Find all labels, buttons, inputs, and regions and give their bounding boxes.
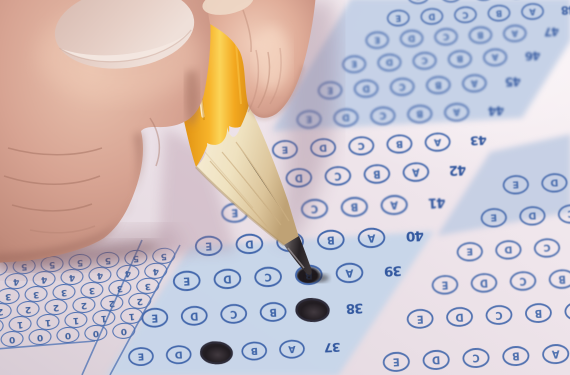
photo-answer-sheet-scene: 37ABCDE38ABCDE39ABCDE40ABCDE41ABCDE42ABC… [0, 0, 570, 375]
foreground [0, 0, 570, 375]
knuckle-sheen [254, 26, 290, 90]
tip-contact-shadow [305, 274, 329, 283]
